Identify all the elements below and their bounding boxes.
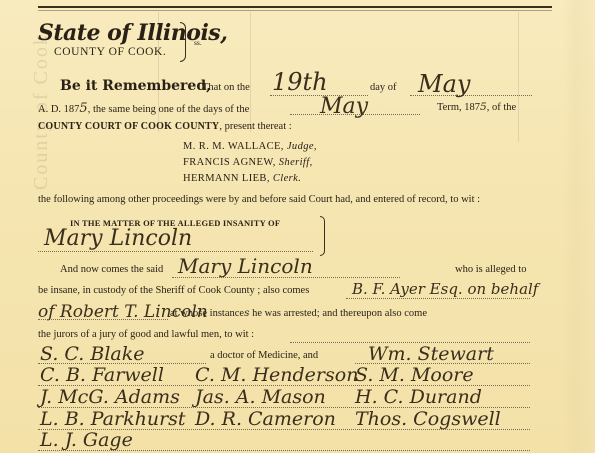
official-title: Clerk. xyxy=(273,173,301,184)
ad-line-text: , the same being one of the days of the xyxy=(88,104,250,115)
comes-name: Mary Lincoln xyxy=(178,254,313,278)
juror-name: S. M. Moore xyxy=(355,364,474,386)
court-line-text: , present thereat : xyxy=(219,121,291,132)
matter-name-line xyxy=(38,251,313,252)
term-value: May xyxy=(320,94,368,119)
term-label: Term, 187 xyxy=(437,102,480,113)
day-of-label: day of xyxy=(370,82,397,93)
counsel-line xyxy=(346,298,530,299)
proceedings-line: the following among other proceedings we… xyxy=(38,194,480,205)
faint-rule xyxy=(250,12,251,132)
juror-name: L. J. Gage xyxy=(40,429,133,451)
counsel-value: B. F. Ayer Esq. on behalf xyxy=(352,280,538,298)
term-label-line: Term, 1875, of the xyxy=(437,101,516,113)
arrested-text: he was arrested; and thereupon also come xyxy=(252,308,427,319)
insane-line: be insane, in custody of the Sheriff of … xyxy=(38,285,309,296)
juror-name: C. B. Farwell xyxy=(40,364,164,386)
official-sheriff: FRANCIS AGNEW, Sheriff, xyxy=(183,157,313,168)
official-title: Judge, xyxy=(287,141,317,152)
juror-name: D. R. Cameron xyxy=(195,408,336,430)
juror-name: L. B. Parkhurst xyxy=(40,408,186,430)
and-now-comes: And now comes the said xyxy=(60,264,163,275)
matter-name: Mary Lincoln xyxy=(44,226,192,251)
faint-rule xyxy=(518,12,519,142)
that-on-the: That on the xyxy=(202,82,250,93)
jurors-intro: the jurors of a jury of good and lawful … xyxy=(38,329,254,340)
be-it-remembered: Be it Remembered, xyxy=(60,78,211,94)
ad-year-digit: 5 xyxy=(79,101,87,116)
official-clerk: HERMANN LIEB, Clerk. xyxy=(183,173,301,184)
matter-brace xyxy=(320,216,325,256)
juror-name: Jas. A. Mason xyxy=(195,386,326,408)
official-judge: M. R. M. WALLACE, Judge, xyxy=(183,141,317,152)
top-rule-thin xyxy=(38,10,552,11)
juror-name: H. C. Durand xyxy=(355,386,482,408)
official-name: M. R. M. WALLACE, xyxy=(183,141,284,152)
official-name: HERMANN LIEB, xyxy=(183,173,270,184)
top-rule xyxy=(38,6,552,8)
juror-name: J. McG. Adams xyxy=(40,386,180,408)
header-brace xyxy=(180,22,186,62)
juror-name: S. C. Blake xyxy=(40,343,144,365)
day-value: 19th xyxy=(272,68,328,96)
county-title: COUNTY OF COOK. xyxy=(54,46,166,58)
official-name: FRANCIS AGNEW, xyxy=(183,157,276,168)
ss-label: ss. xyxy=(194,38,202,47)
official-title: Sheriff, xyxy=(279,157,313,168)
ad-line: A. D. 1875, the same being one of the da… xyxy=(38,101,249,116)
juror-name: Thos. Cogswell xyxy=(355,408,501,430)
instance-line: at whose instances he was arrested; and … xyxy=(170,307,427,319)
term-suffix: , of the xyxy=(487,102,516,113)
doctor-text: a doctor of Medicine, and xyxy=(210,350,318,361)
court-line: COUNTY COURT OF COOK COUNTY, present the… xyxy=(38,121,292,132)
instance-s: s xyxy=(244,307,249,319)
month-value: May xyxy=(418,70,470,98)
alleged-text: who is alleged to xyxy=(455,264,526,275)
court-name: COUNTY COURT OF COOK COUNTY xyxy=(38,121,219,132)
instance-text: at whose instance xyxy=(170,308,244,319)
juror-name: Wm. Stewart xyxy=(368,343,494,365)
juror-name: C. M. Henderson xyxy=(195,364,358,386)
term-year-digit: 5 xyxy=(480,101,487,113)
ad-prefix: A. D. 187 xyxy=(38,104,79,115)
